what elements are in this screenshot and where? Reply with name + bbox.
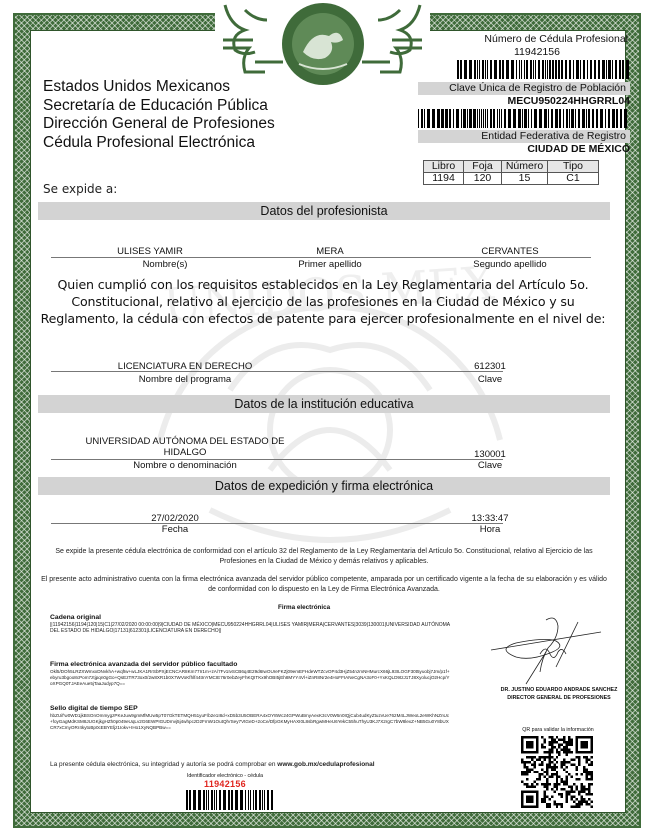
signature-icon: [486, 612, 606, 687]
institucion-nombre-line2: HIDALGO: [60, 447, 310, 458]
cedula-number: 11942156: [514, 46, 560, 58]
col-header-tipo: Tipo: [548, 161, 599, 173]
cell-libro: 1194: [424, 173, 464, 185]
verify-link[interactable]: www.gob.mx/cedulaprofesional: [277, 761, 374, 768]
signer-title: DIRECTOR GENERAL DE PROFESIONES: [484, 694, 634, 702]
programa-clave-label: Clave: [440, 374, 540, 385]
col-header-libro: Libro: [424, 161, 464, 173]
mexico-coat-of-arms-icon: [215, 0, 430, 88]
section-institucion: Datos de la institución educativa: [38, 395, 610, 413]
heading-line: Dirección General de Profesiones: [43, 115, 275, 134]
institucion-clave-label: Clave: [440, 460, 540, 471]
programa-nombre-label: Nombre del programa: [95, 374, 275, 385]
ident-barcode: [186, 790, 274, 810]
entidad-label: Entidad Federativa de Registro: [418, 130, 630, 143]
institucion-nombre-label: Nombre o denominación: [60, 460, 310, 471]
cedula-number-label: Número de Cédula Profesional: [414, 33, 628, 45]
heading-line: Cédula Profesional Electrónica: [43, 134, 275, 153]
registry-table: Libro Foja Número Tipo 1194 120 15 C1: [423, 160, 599, 185]
firma-title: Firma electrónica: [278, 604, 330, 611]
legal-paragraph-1: Se expide la presente cédula electrónica…: [40, 547, 608, 567]
nombre-value: ULISES YAMIR: [80, 246, 220, 257]
cell-numero: 15: [502, 173, 548, 185]
heading-line: Secretaría de Educación Pública: [43, 97, 275, 116]
cadena-original-value: ||11942156|1194|120|15|C1|27/02/2020 00:…: [50, 622, 450, 634]
segundo-apellido-label: Segundo apellido: [450, 259, 570, 270]
col-header-foja: Foja: [464, 161, 502, 173]
cedula-barcode: [457, 60, 631, 79]
segundo-apellido-value: CERVANTES: [450, 246, 570, 257]
cell-tipo: C1: [548, 173, 599, 185]
legal-paragraph-2: El presente acto administrativo cuenta c…: [40, 575, 608, 595]
primer-apellido-label: Primer apellido: [270, 259, 390, 270]
firma-avanzada-label: Firma electrónica avanzada del servidor …: [50, 661, 237, 668]
verify-sentence: La presente cédula electrónica, su integ…: [50, 761, 275, 768]
primer-apellido-value: MERA: [270, 246, 390, 257]
sello-tiempo-value: hbZUif'w0WD1jkBSOnOmmygzPKeJuw9gmMfMUw5p…: [50, 713, 450, 731]
registration-block: Número de Cédula Profesional 11942156 Cl…: [414, 31, 638, 191]
cell-foja: 120: [464, 173, 502, 185]
qr-label: QR para validar la información: [510, 727, 606, 733]
statement-text: Quien cumplió con los requisitos estable…: [35, 276, 611, 327]
verify-text: La presente cédula electrónica, su integ…: [50, 761, 375, 768]
nombre-label: Nombre(s): [100, 259, 230, 270]
emblem-area: [215, 0, 430, 88]
section-expedicion: Datos de expedición y firma electrónica: [38, 477, 610, 495]
section-profesionista: Datos del profesionista: [38, 202, 610, 220]
hora-label: Hora: [440, 524, 540, 535]
fecha-label: Fecha: [110, 524, 240, 535]
cadena-original-label: Cadena original: [50, 614, 101, 621]
curp-label: Clave Única de Registro de Población: [418, 82, 630, 95]
se-expide-label: Se expide a:: [43, 182, 117, 196]
col-header-numero: Número: [502, 161, 548, 173]
sello-tiempo-label: Sello digital de tiempo SEP: [50, 705, 138, 712]
curp-value: MECU950224HHGRRL04: [414, 95, 630, 107]
heading-line: Estados Unidos Mexicanos: [43, 78, 275, 97]
entidad-value: CIUDAD DE MÉXICO: [414, 143, 630, 155]
ident-value: 11942156: [160, 779, 290, 789]
issuer-heading: Estados Unidos Mexicanos Secretaría de E…: [43, 78, 275, 152]
institucion-nombre-line1: UNIVERSIDAD AUTÓNOMA DEL ESTADO DE: [60, 436, 310, 447]
divider: [51, 371, 503, 372]
signer-name: DR. JUSTINO EDUARDO ANDRADE SANCHEZ: [484, 686, 634, 694]
curp-barcode: [418, 109, 630, 128]
divider: [51, 257, 591, 258]
signer-block: DR. JUSTINO EDUARDO ANDRADE SANCHEZ DIRE…: [484, 686, 634, 702]
firma-avanzada-value: Okl5/DOh5LRZXWmxxDNvkhA+wqfIw+wLJKA1RrSb…: [50, 669, 450, 687]
qr-code-icon[interactable]: [521, 736, 593, 808]
